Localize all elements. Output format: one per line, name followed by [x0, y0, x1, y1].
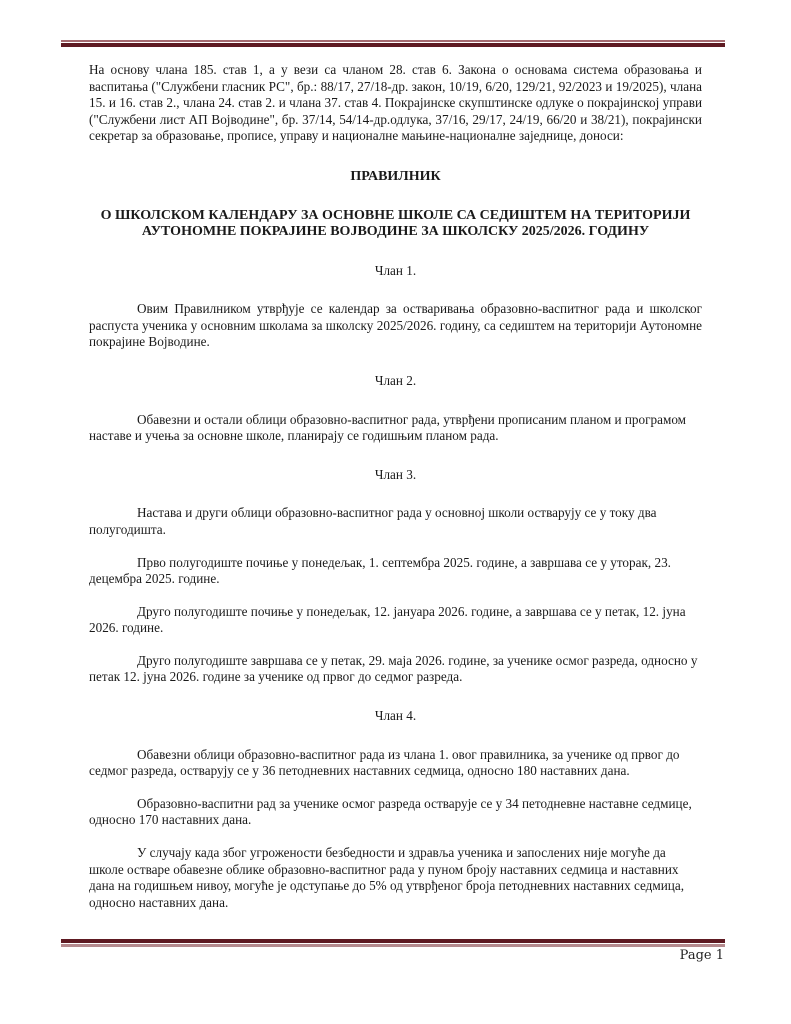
article-paragraph: Настава и други облици образовно-васпитн… — [89, 505, 702, 538]
page-number: Page 1 — [680, 948, 724, 963]
document-page: На основу члана 185. став 1, а у вези са… — [0, 0, 791, 1024]
article-paragraph: Обавезни облици образовно-васпитног рада… — [89, 747, 702, 780]
article-paragraph: Обавезни и остали облици образовно-васпи… — [89, 412, 702, 445]
document-title: ПРАВИЛНИК — [89, 169, 702, 186]
article-3: Члан 3. Настава и други облици образовно… — [89, 467, 702, 686]
footer-rule — [61, 939, 725, 948]
header-rule — [61, 40, 725, 48]
article-paragraph: У случају када због угрожености безбедно… — [89, 845, 702, 911]
article-paragraph: Прво полугодиште почиње у понедељак, 1. … — [89, 555, 702, 588]
preamble: На основу члана 185. став 1, а у вези са… — [89, 62, 702, 145]
article-paragraph: Образовно-васпитни рад за ученике осмог … — [89, 796, 702, 829]
footer-rule-thin-line — [61, 944, 725, 947]
article-paragraph: Друго полугодиште почиње у понедељак, 12… — [89, 604, 702, 637]
article-2: Члан 2. Обавезни и остали облици образов… — [89, 373, 702, 445]
header-rule-thin-line — [61, 40, 725, 42]
article-heading: Члан 3. — [89, 467, 702, 484]
article-heading: Члан 4. — [89, 708, 702, 725]
article-heading: Члан 1. — [89, 263, 702, 280]
article-heading: Члан 2. — [89, 373, 702, 390]
document-subtitle: О ШКОЛСКОМ КАЛЕНДАРУ ЗА ОСНОВНЕ ШКОЛЕ СА… — [89, 208, 702, 241]
article-paragraph: Друго полугодиште завршава се у петак, 2… — [89, 653, 702, 686]
article-1: Члан 1. Овим Правилником утврђује се кал… — [89, 263, 702, 351]
article-paragraph: Овим Правилником утврђује се календар за… — [89, 301, 702, 351]
document-body: На основу члана 185. став 1, а у вези са… — [89, 62, 702, 911]
footer-rule-thick-line — [61, 939, 725, 943]
article-4: Члан 4. Обавезни облици образовно-васпит… — [89, 708, 702, 911]
header-rule-thick-line — [61, 43, 725, 47]
